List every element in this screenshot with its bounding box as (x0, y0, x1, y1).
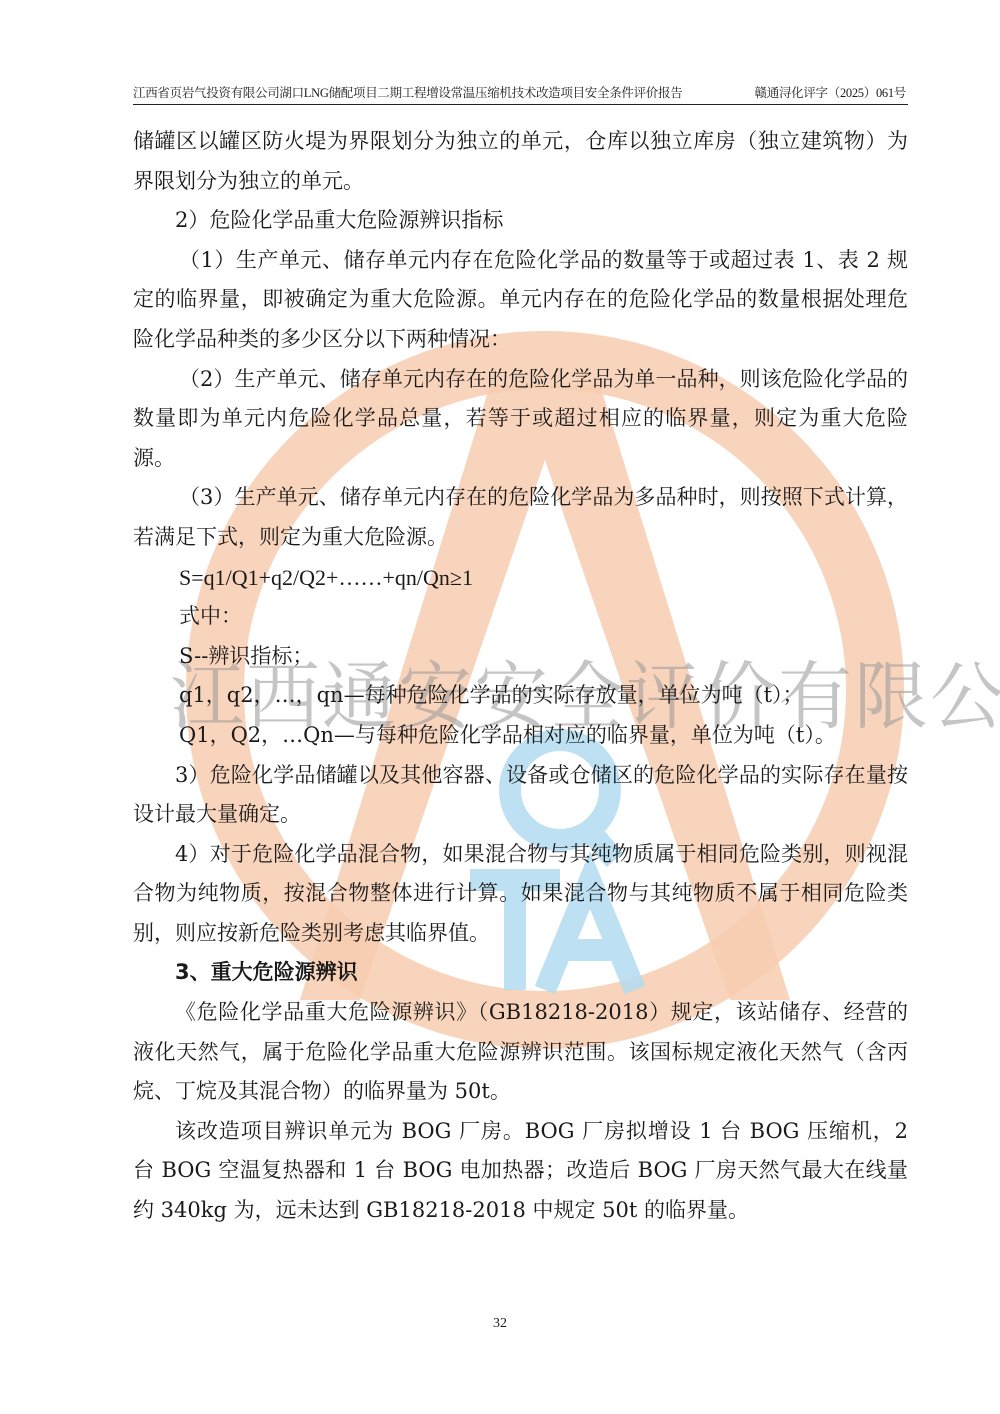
formula: S=q1/Q1+q2/Q2+……+qn/Qn≥1 (133, 558, 908, 598)
paragraph: （2）生产单元、储存单元内存在的危险化学品为单一品种，则该危险化学品的数量即为单… (133, 360, 908, 479)
paragraph: 4）对于危险化学品混合物，如果混合物与其纯物质属于相同危险类别，则视混合物为纯物… (133, 835, 908, 954)
paragraph: 该改造项目辨识单元为 BOG 厂房。BOG 厂房拟增设 1 台 BOG 压缩机，… (133, 1112, 908, 1231)
paragraph: 《危险化学品重大危险源辨识》（GB18218-2018）规定，该站储存、经营的液… (133, 993, 908, 1112)
paragraph: 储罐区以罐区防火堤为界限划分为独立的单元，仓库以独立库房（独立建筑物）为界限划分… (133, 122, 908, 201)
formula-definition: Q1，Q2，…Qn—与每种危险化学品相对应的临界量，单位为吨（t）。 (133, 716, 908, 756)
formula-legend-label: 式中： (133, 597, 908, 637)
document-body: 储罐区以罐区防火堤为界限划分为独立的单元，仓库以独立库房（独立建筑物）为界限划分… (133, 122, 908, 1231)
document-page: 江西通安安全评价有限公司 江西省页岩气投资有限公司湖口LNG储配项目二期工程增设… (0, 0, 1000, 1414)
page-number: 32 (0, 1316, 1000, 1332)
report-number: 赣通浔化评字（2025）061号 (755, 84, 908, 104)
formula-definition: q1，q2，…，qn—每种危险化学品的实际存放量，单位为吨（t）； (133, 676, 908, 716)
paragraph: 3）危险化学品储罐以及其他容器、设备或仓储区的危险化学品的实际存在量按设计最大量… (133, 756, 908, 835)
section-heading: 3、重大危险源辨识 (133, 953, 908, 993)
paragraph: （1）生产单元、储存单元内存在危险化学品的数量等于或超过表 1、表 2 规定的临… (133, 241, 908, 360)
subheading-identification-indicators: 2）危险化学品重大危险源辨识指标 (133, 201, 908, 241)
page-header: 江西省页岩气投资有限公司湖口LNG储配项目二期工程增设常温压缩机技术改造项目安全… (133, 84, 908, 105)
paragraph: （3）生产单元、储存单元内存在的危险化学品为多品种时，则按照下式计算，若满足下式… (133, 478, 908, 557)
formula-definition: S--辨识指标； (133, 637, 908, 677)
report-title: 江西省页岩气投资有限公司湖口LNG储配项目二期工程增设常温压缩机技术改造项目安全… (133, 84, 682, 104)
